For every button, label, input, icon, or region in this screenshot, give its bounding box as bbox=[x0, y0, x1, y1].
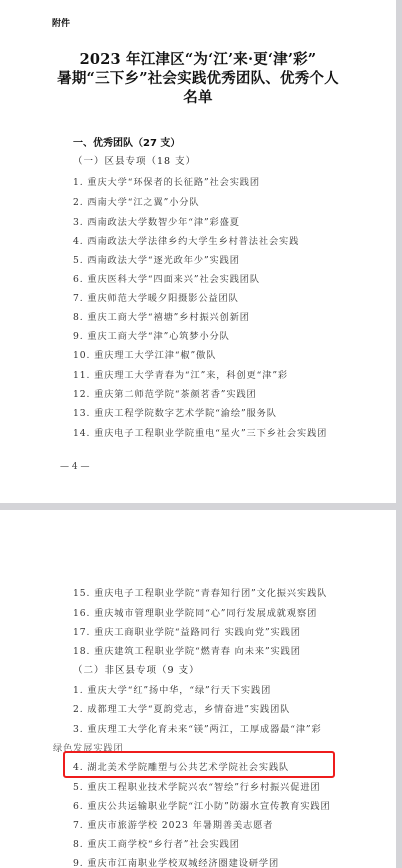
title-line-3: 名单 bbox=[0, 88, 396, 107]
list-item: 15. 重庆电子工程职业学院“青春知行团”文化振兴实践队 bbox=[73, 585, 327, 599]
page-number: — 4 — bbox=[60, 462, 89, 472]
attachment-label: 附件 bbox=[52, 16, 70, 29]
list-item: 13. 重庆工程学院数字艺术学院“渝绘”服务队 bbox=[73, 405, 277, 419]
document-title: 2023 年江津区“为‘江’来·更‘津’彩” 暑期“三下乡”社会实践优秀团队、优… bbox=[0, 50, 396, 107]
list-item: 8. 重庆工商大学“禧塘”乡村振兴创新团 bbox=[73, 309, 250, 323]
list-item: 7. 重庆师范大学暖夕阳摄影公益团队 bbox=[73, 290, 239, 304]
list-item: 6. 重庆医科大学“四面来兴”社会实践团队 bbox=[73, 271, 260, 285]
list-item: 3. 西南政法大学数智少年“津”彩盛夏 bbox=[73, 214, 240, 228]
subsection-heading-non-district: （二）非区县专项（9 支） bbox=[73, 662, 200, 676]
list-item: 8. 重庆工商学校“乡行者”社会实践团 bbox=[73, 836, 240, 850]
list-item: 6. 重庆公共运输职业学院“江小防”防溺水宣传教育实践团 bbox=[73, 798, 331, 812]
list-item: 11. 重庆理工大学青春为“江”来，科创更“津”彩 bbox=[73, 367, 288, 381]
list-item: 14. 重庆电子工程职业学院重电“星火”三下乡社会实践团 bbox=[73, 425, 327, 439]
title-line-1: 2023 年江津区“为‘江’来·更‘津’彩” bbox=[0, 50, 396, 69]
list-item-highlighted: 4. 湖北美术学院雕塑与公共艺术学院社会实践队 bbox=[73, 759, 289, 773]
title-line-2: 暑期“三下乡”社会实践优秀团队、优秀个人 bbox=[0, 69, 396, 88]
subsection-heading-district: （一）区县专项（18 支） bbox=[73, 153, 196, 167]
list-item: 4. 西南政法大学法律乡约大学生乡村普法社会实践 bbox=[73, 233, 299, 247]
list-item: 12. 重庆第二师范学院“茶颜茗香”实践团 bbox=[73, 386, 257, 400]
list-item: 9. 重庆工商大学“津”心筑梦小分队 bbox=[73, 328, 230, 342]
list-item: 7. 重庆市旅游学校 2023 年暑期善美志愿者 bbox=[73, 817, 273, 831]
list-item: 5. 重庆工程职业技术学院兴农“智绘”行乡村振兴促进团 bbox=[73, 779, 321, 793]
list-item: 17. 重庆工商职业学院“益路同行 实践向党”实践团 bbox=[73, 624, 301, 638]
list-item: 1. 重庆大学“红”扬中华，“绿”行天下实践团 bbox=[73, 682, 271, 696]
list-item: 1. 重庆大学“环保者的长征路”社会实践团 bbox=[73, 174, 260, 188]
list-item-continuation: 绿色发展实践团 bbox=[53, 740, 124, 754]
list-item: 5. 西南政法大学“逐光政年少”实践团 bbox=[73, 252, 240, 266]
list-item: 16. 重庆城市管理职业学院同“心”同行发展成就观察团 bbox=[73, 605, 317, 619]
document-page-4: 附件 2023 年江津区“为‘江’来·更‘津’彩” 暑期“三下乡”社会实践优秀团… bbox=[0, 0, 396, 503]
list-item: 10. 重庆理工大学江津“椒”傲队 bbox=[73, 347, 216, 361]
list-item: 18. 重庆建筑工程职业学院“燃青春 向未来”实践团 bbox=[73, 643, 301, 657]
section-heading-excellent-teams: 一、优秀团队（27 支） bbox=[73, 134, 180, 149]
list-item: 2. 成都理工大学“夏韵党志，乡情奋进”实践团队 bbox=[73, 701, 290, 715]
list-item: 3. 重庆理工大学化育未来“镁”两江，工厚成器最“津”彩 bbox=[73, 721, 322, 735]
list-item: 9. 重庆市江南职业学校双城经济圈建设研学团 bbox=[73, 855, 279, 868]
list-item: 2. 西南大学“江之翼”小分队 bbox=[73, 194, 199, 208]
